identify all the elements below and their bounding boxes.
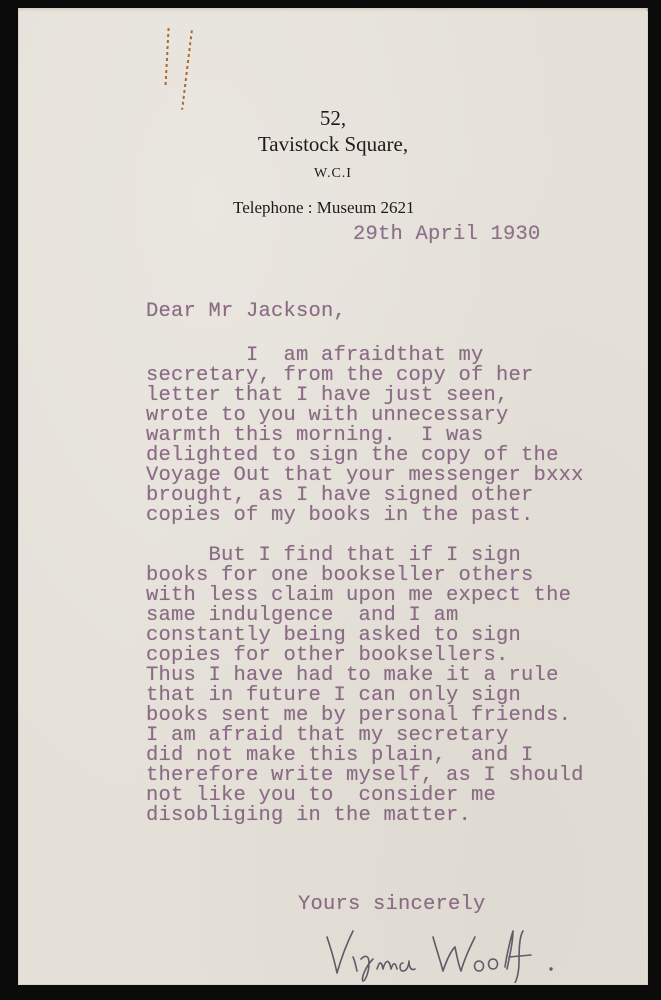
body-line: not like you to consider me bbox=[146, 786, 496, 806]
body-line: secretary, from the copy of her bbox=[146, 366, 534, 386]
body-line: copies of my books in the past. bbox=[146, 506, 534, 526]
body-line: books for one bookseller others bbox=[146, 566, 534, 586]
body-line: copies for other booksellers. bbox=[146, 646, 509, 666]
letterhead-street: Tavistock Square, bbox=[18, 132, 648, 157]
letter-date: 29th April 1930 bbox=[353, 225, 541, 245]
closing: Yours sincerely bbox=[298, 895, 486, 915]
body-line: wrote to you with unnecessary bbox=[146, 406, 509, 426]
body-line: with less claim upon me expect the bbox=[146, 586, 571, 606]
body-line: constantly being asked to sign bbox=[146, 626, 521, 646]
body-line: books sent me by personal friends. bbox=[146, 706, 571, 726]
body-line: brought, as I have signed other bbox=[146, 486, 534, 506]
body-line: disobliging in the matter. bbox=[146, 806, 471, 826]
body-line: letter that I have just seen, bbox=[146, 386, 509, 406]
rust-mark-icon bbox=[181, 30, 193, 110]
signature-scribble-icon bbox=[323, 923, 563, 983]
body-line: did not make this plain, and I bbox=[146, 746, 534, 766]
body-line: I am afraid that my secretary bbox=[146, 726, 509, 746]
body-line: warmth this morning. I was bbox=[146, 426, 484, 446]
letterhead-number: 52, bbox=[18, 106, 648, 131]
body-line: Thus I have had to make it a rule bbox=[146, 666, 559, 686]
body-line: But I find that if I sign bbox=[146, 546, 521, 566]
paper-edge bbox=[18, 8, 648, 12]
rust-mark-icon bbox=[164, 28, 169, 88]
letterhead-telephone: Telephone : Museum 2621 bbox=[233, 198, 415, 218]
body-line: delighted to sign the copy of the bbox=[146, 446, 559, 466]
letter-page: 52, Tavistock Square, W.C.I Telephone : … bbox=[18, 8, 648, 985]
body-line: same indulgence and I am bbox=[146, 606, 459, 626]
body-line: I am afraidthat my bbox=[146, 346, 484, 366]
signature bbox=[323, 923, 563, 983]
salutation: Dear Mr Jackson, bbox=[146, 302, 346, 322]
body-line: Voyage Out that your messenger bxxx bbox=[146, 466, 584, 486]
body-line: therefore write myself, as I should bbox=[146, 766, 584, 786]
body-line: that in future I can only sign bbox=[146, 686, 521, 706]
letterhead-district: W.C.I bbox=[18, 166, 648, 182]
